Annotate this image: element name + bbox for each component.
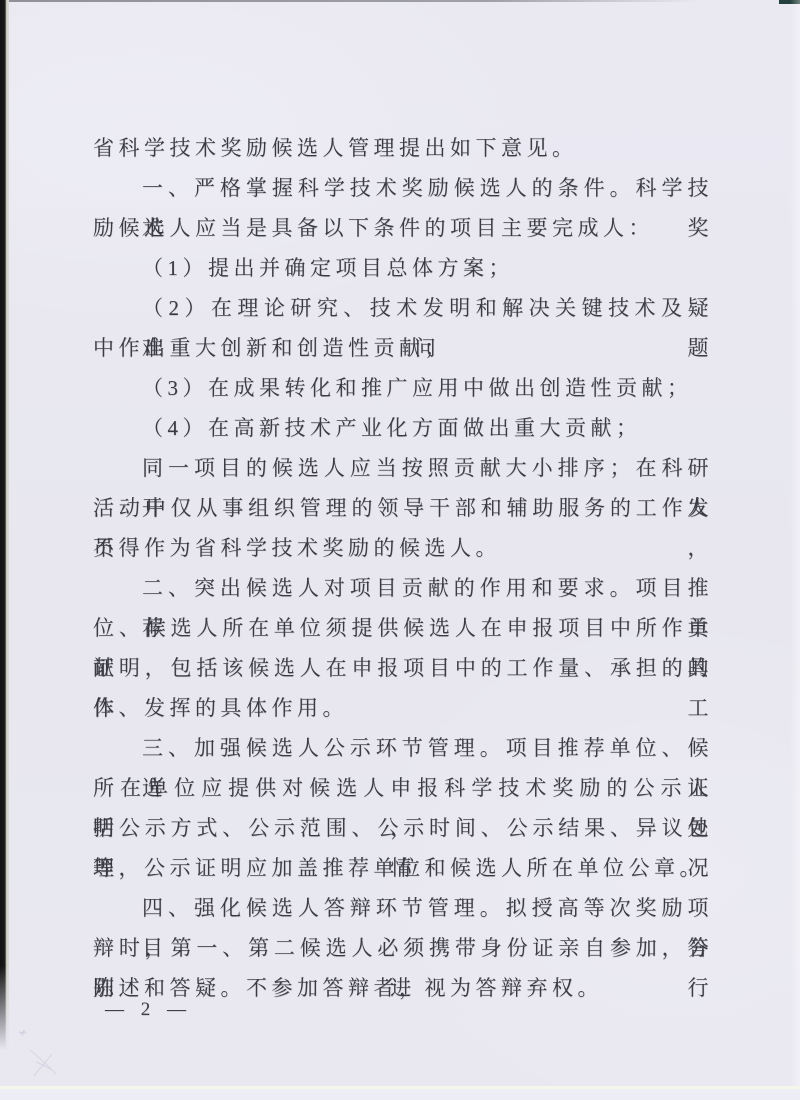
pencil-smudge-mark bbox=[12, 1028, 82, 1083]
text-line: （4）在高新技术产业化方面做出重大贡献； bbox=[93, 408, 713, 448]
text-line: 三、加强候选人公示环节管理。项目推荐单位、候选人 bbox=[93, 728, 713, 768]
scan-edge-left bbox=[0, 0, 9, 1050]
text-line: 一、严格掌握科学技术奖励候选人的条件。科学技术奖 bbox=[93, 168, 713, 208]
text-line: 括公示方式、公示范围、公示时间、公示结果、异议处理情况 bbox=[93, 808, 713, 848]
text-line: 位、候选人所在单位须提供候选人在申报项目中所作贡献的 bbox=[93, 608, 713, 648]
page-number: — 2 — bbox=[105, 999, 192, 1021]
text-line: （2）在理论研究、技术发明和解决关键技术及疑难问题 bbox=[93, 288, 713, 328]
text-line: 同一项目的候选人应当按照贡献大小排序；在科研开发 bbox=[93, 448, 713, 488]
text-line: 励候选人应当是具备以下条件的项目主要完成人： bbox=[93, 208, 713, 248]
text-line: 所在单位应提供对候选人申报科学技术奖励的公示证明，包 bbox=[93, 768, 713, 808]
text-line: （3）在成果转化和推广应用中做出创造性贡献； bbox=[93, 368, 713, 408]
text-line: 省科学技术奖励候选人管理提出如下意见。 bbox=[93, 128, 713, 168]
text-line: （1）提出并确定项目总体方案； bbox=[93, 248, 713, 288]
text-line: 活动中仅从事组织管理的领导干部和辅助服务的工作人员， bbox=[93, 488, 713, 528]
scanned-document-page: 省科学技术奖励候选人管理提出如下意见。一、严格掌握科学技术奖励候选人的条件。科学… bbox=[0, 0, 800, 1100]
text-line: 二、突出候选人对项目贡献的作用和要求。项目推荐单 bbox=[93, 568, 713, 608]
text-line: 证明，包括该候选人在申报项目中的工作量、承担的具体工 bbox=[93, 648, 713, 688]
scanner-bed-strip bbox=[0, 1089, 800, 1100]
scan-edge-right-glow bbox=[790, 0, 800, 1088]
text-line: 辩时，第一、第二候选人必须携带身份证亲自参加，分别进行 bbox=[93, 928, 713, 968]
scan-edge-top bbox=[9, 0, 699, 2]
text-line: 四、强化候选人答辩环节管理。拟授高等次奖励项目答 bbox=[93, 888, 713, 928]
document-body: 省科学技术奖励候选人管理提出如下意见。一、严格掌握科学技术奖励候选人的条件。科学… bbox=[93, 128, 713, 1008]
text-line: 等，公示证明应加盖推荐单位和候选人所在单位公章。 bbox=[93, 848, 713, 888]
